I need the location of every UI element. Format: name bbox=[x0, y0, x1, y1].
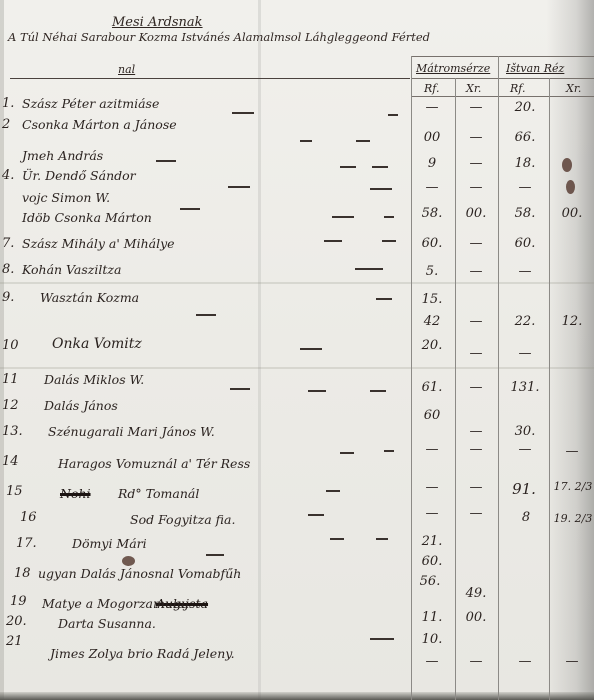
leader-dash bbox=[180, 208, 200, 210]
leader-dash bbox=[300, 348, 322, 350]
page-bottom-edge bbox=[0, 692, 594, 700]
leader-dash bbox=[230, 388, 250, 390]
value-col2: — bbox=[456, 156, 496, 171]
value-col3: — bbox=[505, 654, 545, 669]
value-col2: — bbox=[456, 180, 496, 195]
row-name: Jmeh András bbox=[22, 148, 103, 163]
leader-dash bbox=[384, 216, 394, 218]
row-number: 11 bbox=[2, 372, 26, 387]
ink-blot bbox=[562, 158, 572, 172]
value-col1: 58. bbox=[412, 206, 452, 221]
row-name: ugyan Dalás Jánosnal Vomabfűh bbox=[38, 566, 241, 581]
value-col1: 9 bbox=[412, 156, 452, 171]
leader-dash bbox=[308, 514, 324, 516]
document-subtitle-line2: nal bbox=[118, 63, 135, 76]
leader-dash bbox=[370, 390, 386, 392]
leader-dash bbox=[376, 538, 388, 540]
column-group-header-1: Mátromsérze bbox=[416, 62, 490, 75]
document-subtitle: A Túl Néhai Sarabour Kozma Istvánés Alam… bbox=[8, 30, 430, 44]
leader-dash bbox=[340, 452, 354, 454]
row-name: Szász Mihály a' Mihálye bbox=[22, 236, 175, 251]
row-number: 16 bbox=[20, 510, 44, 525]
value-col2: — bbox=[456, 264, 496, 279]
value-col3: — bbox=[505, 180, 545, 195]
value-col2: — bbox=[456, 654, 496, 669]
value-col2: — bbox=[456, 314, 496, 329]
row-number: 14 bbox=[2, 454, 26, 469]
ink-blot bbox=[566, 180, 575, 194]
row-name: Szénugarali Mari János W. bbox=[48, 424, 215, 439]
leader-dash bbox=[388, 114, 398, 116]
value-col1: 42 bbox=[412, 314, 452, 329]
value-col2: — bbox=[456, 130, 496, 145]
row-number: 15 bbox=[6, 484, 30, 499]
row-name: Csonka Márton a Jánose bbox=[22, 117, 177, 132]
row-number: 12 bbox=[2, 398, 26, 413]
row-name: Kohán Vasziltza bbox=[22, 262, 121, 277]
value-col1: 60 bbox=[412, 408, 452, 423]
value-col4: — bbox=[552, 444, 592, 459]
row-number: 21 bbox=[6, 634, 30, 649]
value-col2: — bbox=[456, 506, 496, 521]
value-col3: — bbox=[505, 346, 545, 361]
paper-fold-horizontal bbox=[0, 367, 594, 369]
value-col1: 60. bbox=[412, 236, 452, 251]
column-header-mid-rule bbox=[412, 78, 594, 79]
header-rule bbox=[10, 78, 410, 79]
value-col2: — bbox=[456, 442, 496, 457]
column-header-top-rule bbox=[412, 56, 594, 57]
row-name: Rd° Tomanál bbox=[118, 486, 199, 501]
value-col3: 58. bbox=[505, 206, 545, 221]
row-number: 13. bbox=[2, 424, 26, 439]
value-col3: 22. bbox=[505, 314, 545, 329]
unit-header-1: Rf. bbox=[424, 82, 439, 95]
value-col3: 91. bbox=[500, 480, 548, 498]
value-col1: — bbox=[412, 480, 452, 495]
value-col1: 10. bbox=[412, 632, 452, 647]
row-number: 9. bbox=[2, 290, 26, 305]
row-name: Wasztán Kozma bbox=[40, 290, 139, 305]
value-col2: — bbox=[456, 480, 496, 495]
row-name: Onka Vomitz bbox=[52, 336, 142, 352]
leader-dash bbox=[370, 188, 392, 190]
column-divider bbox=[549, 78, 550, 700]
leader-dash bbox=[340, 166, 356, 168]
unit-header-4: Xr. bbox=[566, 82, 581, 95]
value-col2: 49. bbox=[456, 586, 496, 601]
value-col1: — bbox=[412, 654, 452, 669]
leader-dash bbox=[300, 140, 312, 142]
value-col1: — bbox=[412, 100, 452, 115]
row-name: Jimes Zolya brio Radá Jeleny. bbox=[50, 646, 235, 661]
value-col3: 30. bbox=[505, 424, 545, 439]
value-col1: 21. bbox=[412, 534, 452, 549]
value-col4: 17. 2/3 bbox=[550, 480, 594, 493]
column-divider bbox=[498, 56, 499, 700]
value-col2: — bbox=[456, 100, 496, 115]
value-col2: — bbox=[456, 236, 496, 251]
value-col3: 8 bbox=[510, 510, 542, 525]
value-col1: 60. bbox=[412, 554, 452, 569]
row-number: 10 bbox=[2, 338, 26, 353]
leader-dash bbox=[384, 450, 394, 452]
row-number: 18 bbox=[14, 566, 38, 581]
row-name: Matye a Mogorzamuluj bbox=[42, 596, 189, 611]
value-col4: 19. 2/3 bbox=[550, 512, 594, 525]
leader-dash bbox=[326, 490, 340, 492]
row-name: vojc Simon W. bbox=[22, 190, 110, 205]
value-col2: — bbox=[456, 346, 496, 361]
value-col3: 20. bbox=[505, 100, 545, 115]
leader-dash bbox=[228, 186, 250, 188]
leader-dash bbox=[324, 240, 342, 242]
leader-dash bbox=[232, 112, 254, 114]
row-name: Dömyi Mári bbox=[72, 536, 147, 551]
row-name: Sod Fogyitza fia. bbox=[130, 512, 235, 527]
row-name: Haragos Vomuznál a' Tér Ress bbox=[58, 456, 250, 471]
struck-out-name: Nohi bbox=[60, 486, 91, 501]
value-col2: — bbox=[456, 424, 496, 439]
value-col4: 12. bbox=[552, 314, 592, 329]
row-number: 20. bbox=[6, 614, 30, 629]
leader-dash bbox=[372, 166, 388, 168]
value-col3: 18. bbox=[505, 156, 545, 171]
value-col4: — bbox=[552, 654, 592, 669]
value-col1: 15. bbox=[412, 292, 452, 307]
value-col1: — bbox=[412, 180, 452, 195]
column-group-header-2: Ištvan Réz bbox=[506, 62, 564, 75]
value-col2: 00. bbox=[456, 206, 496, 221]
value-col3: 131. bbox=[505, 380, 545, 395]
value-col4: 00. bbox=[552, 206, 592, 221]
paper-fold-horizontal bbox=[0, 282, 594, 284]
leader-dash bbox=[355, 268, 383, 270]
row-name: Dalás János bbox=[44, 398, 118, 413]
leader-dash bbox=[330, 538, 344, 540]
value-col3: — bbox=[505, 442, 545, 457]
leader-dash bbox=[156, 160, 176, 162]
document-title: Mesi Ardsnak bbox=[112, 15, 203, 30]
ink-blot bbox=[122, 556, 135, 566]
leader-dash bbox=[206, 554, 224, 556]
value-col2: 00. bbox=[456, 610, 496, 625]
row-name: Dalás Miklos W. bbox=[44, 372, 144, 387]
leader-dash bbox=[332, 216, 354, 218]
row-name: Szász Péter azitmiáse bbox=[22, 96, 159, 111]
leader-dash bbox=[308, 390, 326, 392]
leader-dash bbox=[196, 314, 216, 316]
paper-fold-vertical bbox=[258, 0, 261, 700]
value-col1: — bbox=[412, 442, 452, 457]
leader-dash bbox=[376, 298, 392, 300]
value-col2: — bbox=[456, 380, 496, 395]
leader-dash bbox=[382, 240, 396, 242]
value-col1: 11. bbox=[412, 610, 452, 625]
row-name: Darta Susanna. bbox=[58, 616, 156, 631]
row-name: Ür. Dendő Sándor bbox=[22, 168, 136, 183]
unit-header-3: Rf. bbox=[510, 82, 525, 95]
value-col3: 66. bbox=[505, 130, 545, 145]
document-page: Mesi Ardsnak A Túl Néhai Sarabour Kozma … bbox=[0, 0, 594, 700]
value-col1: — bbox=[412, 506, 452, 521]
row-number: 19 bbox=[10, 594, 34, 609]
leader-dash bbox=[370, 638, 394, 640]
row-number: 17. bbox=[16, 536, 40, 551]
row-name: Idöb Csonka Márton bbox=[22, 210, 152, 225]
column-header-bottom-rule bbox=[412, 96, 594, 97]
value-col1: 00 bbox=[412, 130, 452, 145]
value-col1: 5. bbox=[412, 264, 452, 279]
value-col3: — bbox=[505, 264, 545, 279]
value-col1: 56. bbox=[410, 574, 450, 589]
column-divider bbox=[411, 56, 412, 700]
value-col1: 20. bbox=[412, 338, 452, 353]
leader-dash bbox=[356, 140, 370, 142]
unit-header-2: Xr. bbox=[466, 82, 481, 95]
value-col1: 61. bbox=[412, 380, 452, 395]
value-col3: 60. bbox=[505, 236, 545, 251]
